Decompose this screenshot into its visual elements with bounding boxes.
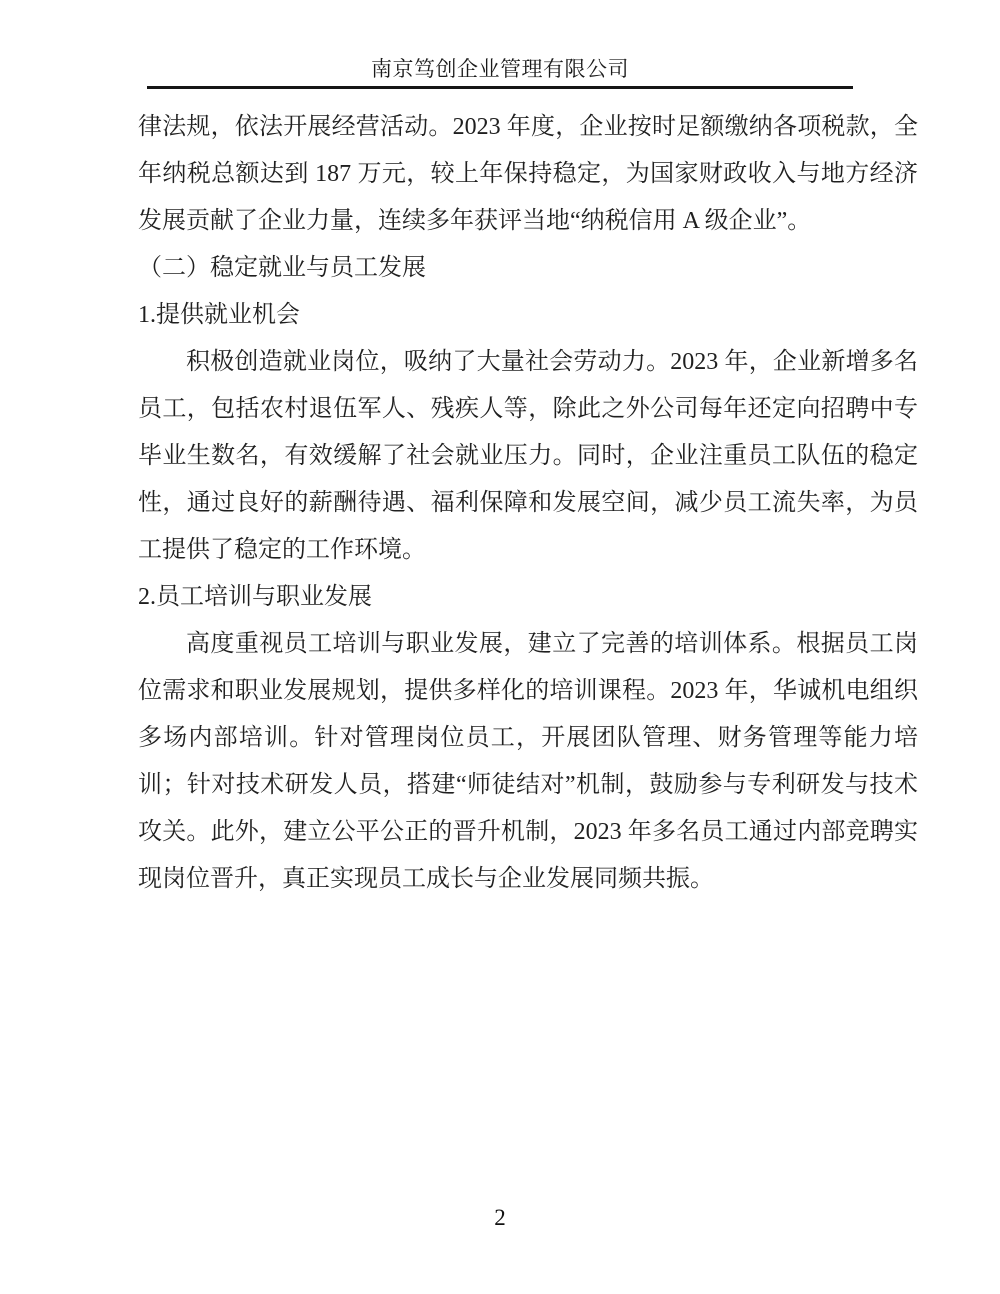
subsection-heading-job-opportunities: 1.提供就业机会: [138, 292, 918, 339]
section-heading-employment: （二）稳定就业与员工发展: [138, 245, 918, 292]
paragraph-training-development: 高度重视员工培训与职业发展，建立了完善的培训体系。根据员工岗位需求和职业发展规划…: [138, 621, 918, 903]
page-number: 2: [494, 1205, 506, 1230]
subsection-heading-training: 2.员工培训与职业发展: [138, 574, 918, 621]
paragraph-job-creation: 积极创造就业岗位，吸纳了大量社会劳动力。2023 年，企业新增多名员工，包括农村…: [138, 339, 918, 574]
company-name: 南京笃创企业管理有限公司: [147, 56, 853, 86]
header-rule: [147, 86, 853, 89]
page-footer: 2: [0, 1203, 1000, 1233]
page-header: 南京笃创企业管理有限公司: [147, 0, 853, 89]
document-body: 律法规，依法开展经营活动。2023 年度，企业按时足额缴纳各项税款，全年纳税总额…: [138, 104, 918, 903]
document-page: 南京笃创企业管理有限公司 律法规，依法开展经营活动。2023 年度，企业按时足额…: [0, 0, 1000, 1294]
paragraph-tax-contribution: 律法规，依法开展经营活动。2023 年度，企业按时足额缴纳各项税款，全年纳税总额…: [138, 104, 918, 245]
